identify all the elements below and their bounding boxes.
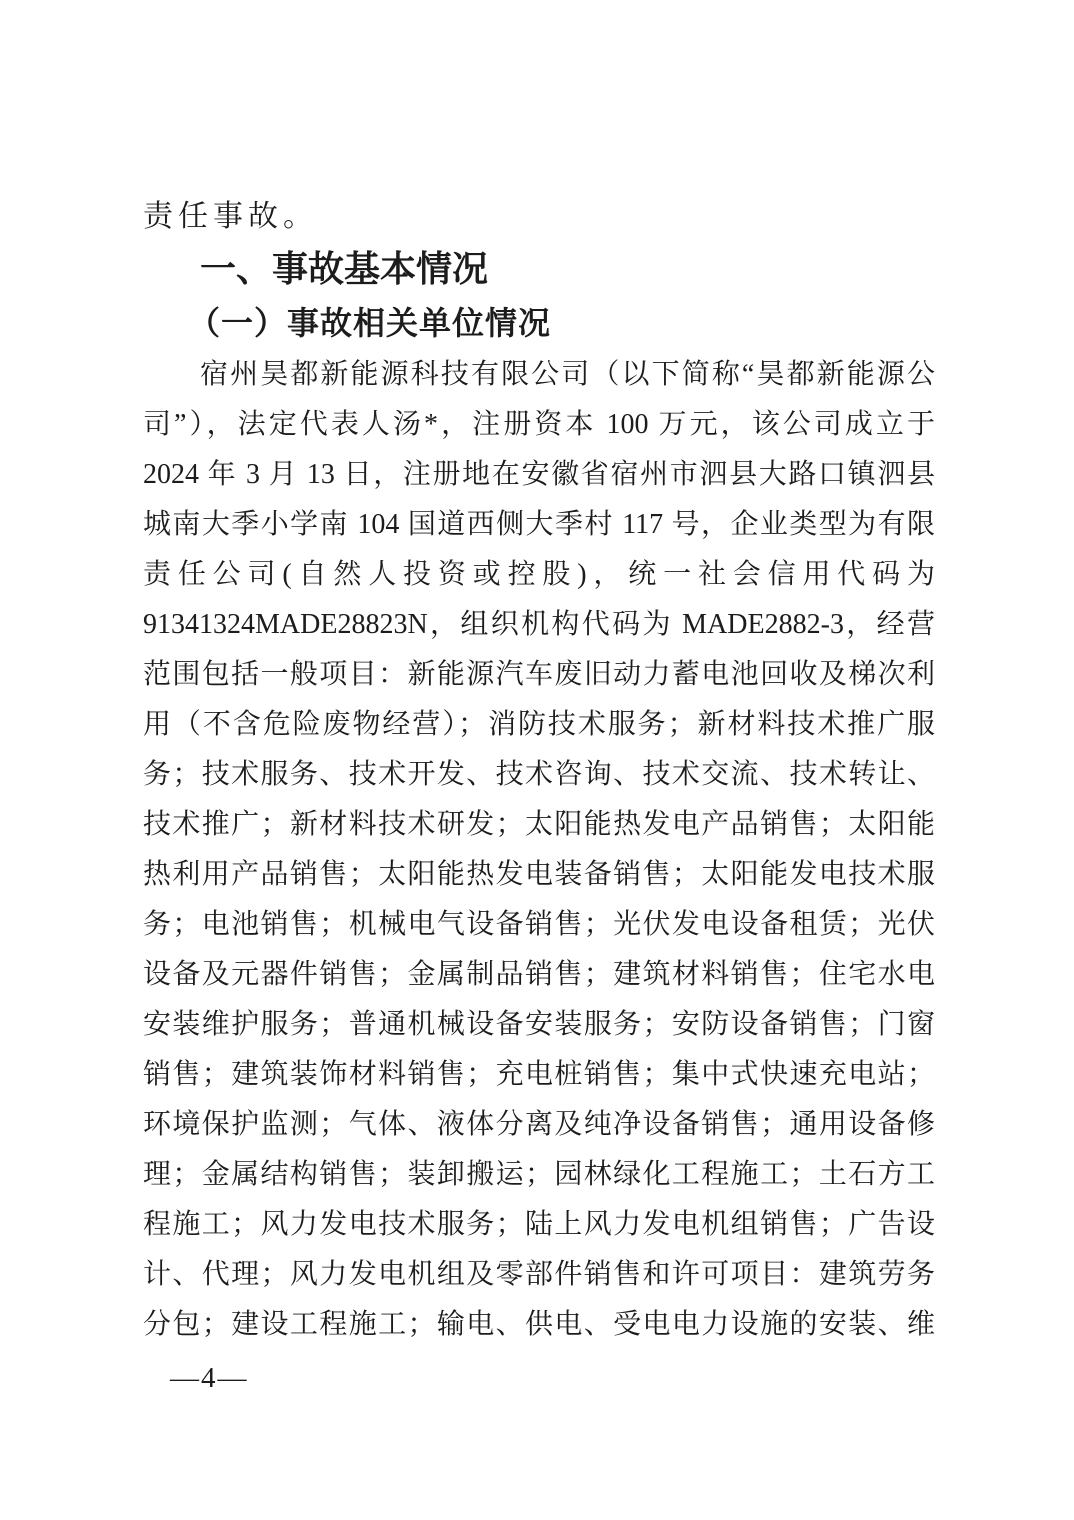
paragraph: 宿州昊都新能源科技有限公司（以下简称“昊都新能源公 司”），法定代表人汤*，注册… [143,350,935,1350]
body-line: 责任公司(自然人投资或控股)，统一社会信用代码为 [143,550,935,600]
body-line: 理；金属结构销售；装卸搬运；园林绿化工程施工；土石方工 [143,1150,935,1200]
body-line: 分包；建设工程施工；输电、供电、受电电力设施的安装、维 [143,1300,935,1350]
body-line: 计、代理；风力发电机组及零部件销售和许可项目：建筑劳务 [143,1250,935,1300]
body-line: 范围包括一般项目：新能源汽车废旧动力蓄电池回收及梯次利 [143,650,935,700]
body-line: 务；技术服务、技术开发、技术咨询、技术交流、技术转让、 [143,750,935,800]
body-line: 司”），法定代表人汤*，注册资本 100 万元，该公司成立于 [143,400,935,450]
body-line: 程施工；风力发电技术服务；陆上风力发电机组销售；广告设 [143,1200,935,1250]
subsection-heading: （一）事故相关单位情况 [143,296,935,350]
page-number: —4— [170,1358,249,1398]
body-line: 宿州昊都新能源科技有限公司（以下简称“昊都新能源公 [143,350,935,400]
body-line: 城南大季小学南 104 国道西侧大季村 117 号，企业类型为有限 [143,500,935,550]
body-line: 设备及元器件销售；金属制品销售；建筑材料销售；住宅水电 [143,950,935,1000]
body-line: 环境保护监测；气体、液体分离及纯净设备销售；通用设备修 [143,1100,935,1150]
body-line: 2024 年 3 月 13 日，注册地在安徽省宿州市泗县大路口镇泗县 [143,450,935,500]
section-heading: 一、事故基本情况 [143,242,935,296]
body-line: 销售；建筑装饰材料销售；充电桩销售；集中式快速充电站； [143,1050,935,1100]
document-page: 责任事故。 一、事故基本情况 （一）事故相关单位情况 宿州昊都新能源科技有限公司… [0,0,1074,1520]
document-body: 责任事故。 一、事故基本情况 （一）事故相关单位情况 宿州昊都新能源科技有限公司… [143,192,935,1350]
body-line: 热利用产品销售；太阳能热发电装备销售；太阳能发电技术服 [143,850,935,900]
body-line: 用（不含危险废物经营）；消防技术服务；新材料技术推广服 [143,700,935,750]
intro-text: 责任事故。 [143,192,935,242]
body-line: 技术推广；新材料技术研发；太阳能热发电产品销售；太阳能 [143,800,935,850]
body-line: 务；电池销售；机械电气设备销售；光伏发电设备租赁；光伏 [143,900,935,950]
body-line: 安装维护服务；普通机械设备安装服务；安防设备销售；门窗 [143,1000,935,1050]
body-line: 91341324MADE28823N，组织机构代码为 MADE2882-3，经营 [143,600,935,650]
